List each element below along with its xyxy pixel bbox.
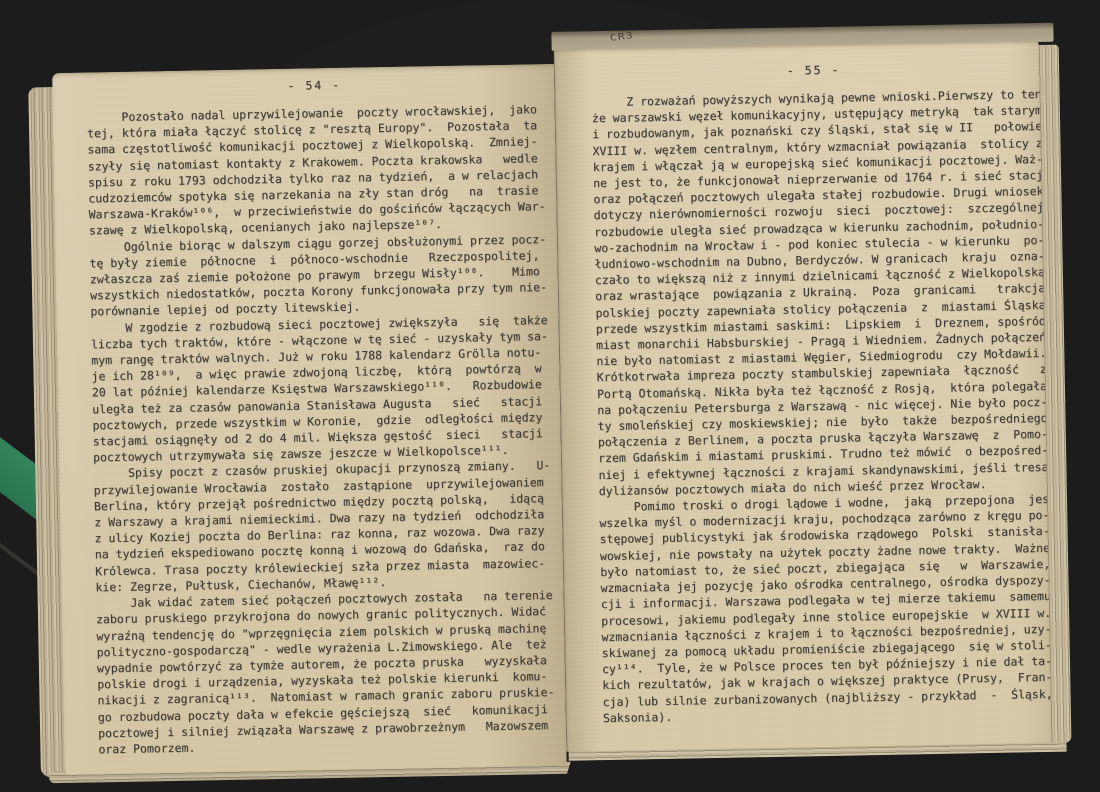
left-page-content: - 54 - Pozostało nadal uprzywilejowanie … xyxy=(52,64,566,758)
scanner-background: CR3 - 54 - Pozostało nadal uprzywilejowa… xyxy=(0,0,1100,792)
right-page-content: - 55 - Z rozważań powyższych wynikają pe… xyxy=(555,41,1051,727)
book-spread: CR3 - 54 - Pozostało nadal uprzywilejowa… xyxy=(21,0,1081,790)
left-page-text: Pozostało nadal uprzywilejowanie poczty … xyxy=(87,101,555,757)
page-number-54: - 54 - xyxy=(86,74,542,96)
page-number-55: - 55 - xyxy=(591,59,1036,81)
left-page: - 54 - Pozostało nadal uprzywilejowanie … xyxy=(52,64,567,775)
right-page: - 55 - Z rozważań powyższych wynikają pe… xyxy=(554,41,1052,752)
right-page-text: Z rozważań powyższych wynikają pewne wni… xyxy=(592,86,1049,726)
edge-inscription: CR3 xyxy=(609,31,634,44)
